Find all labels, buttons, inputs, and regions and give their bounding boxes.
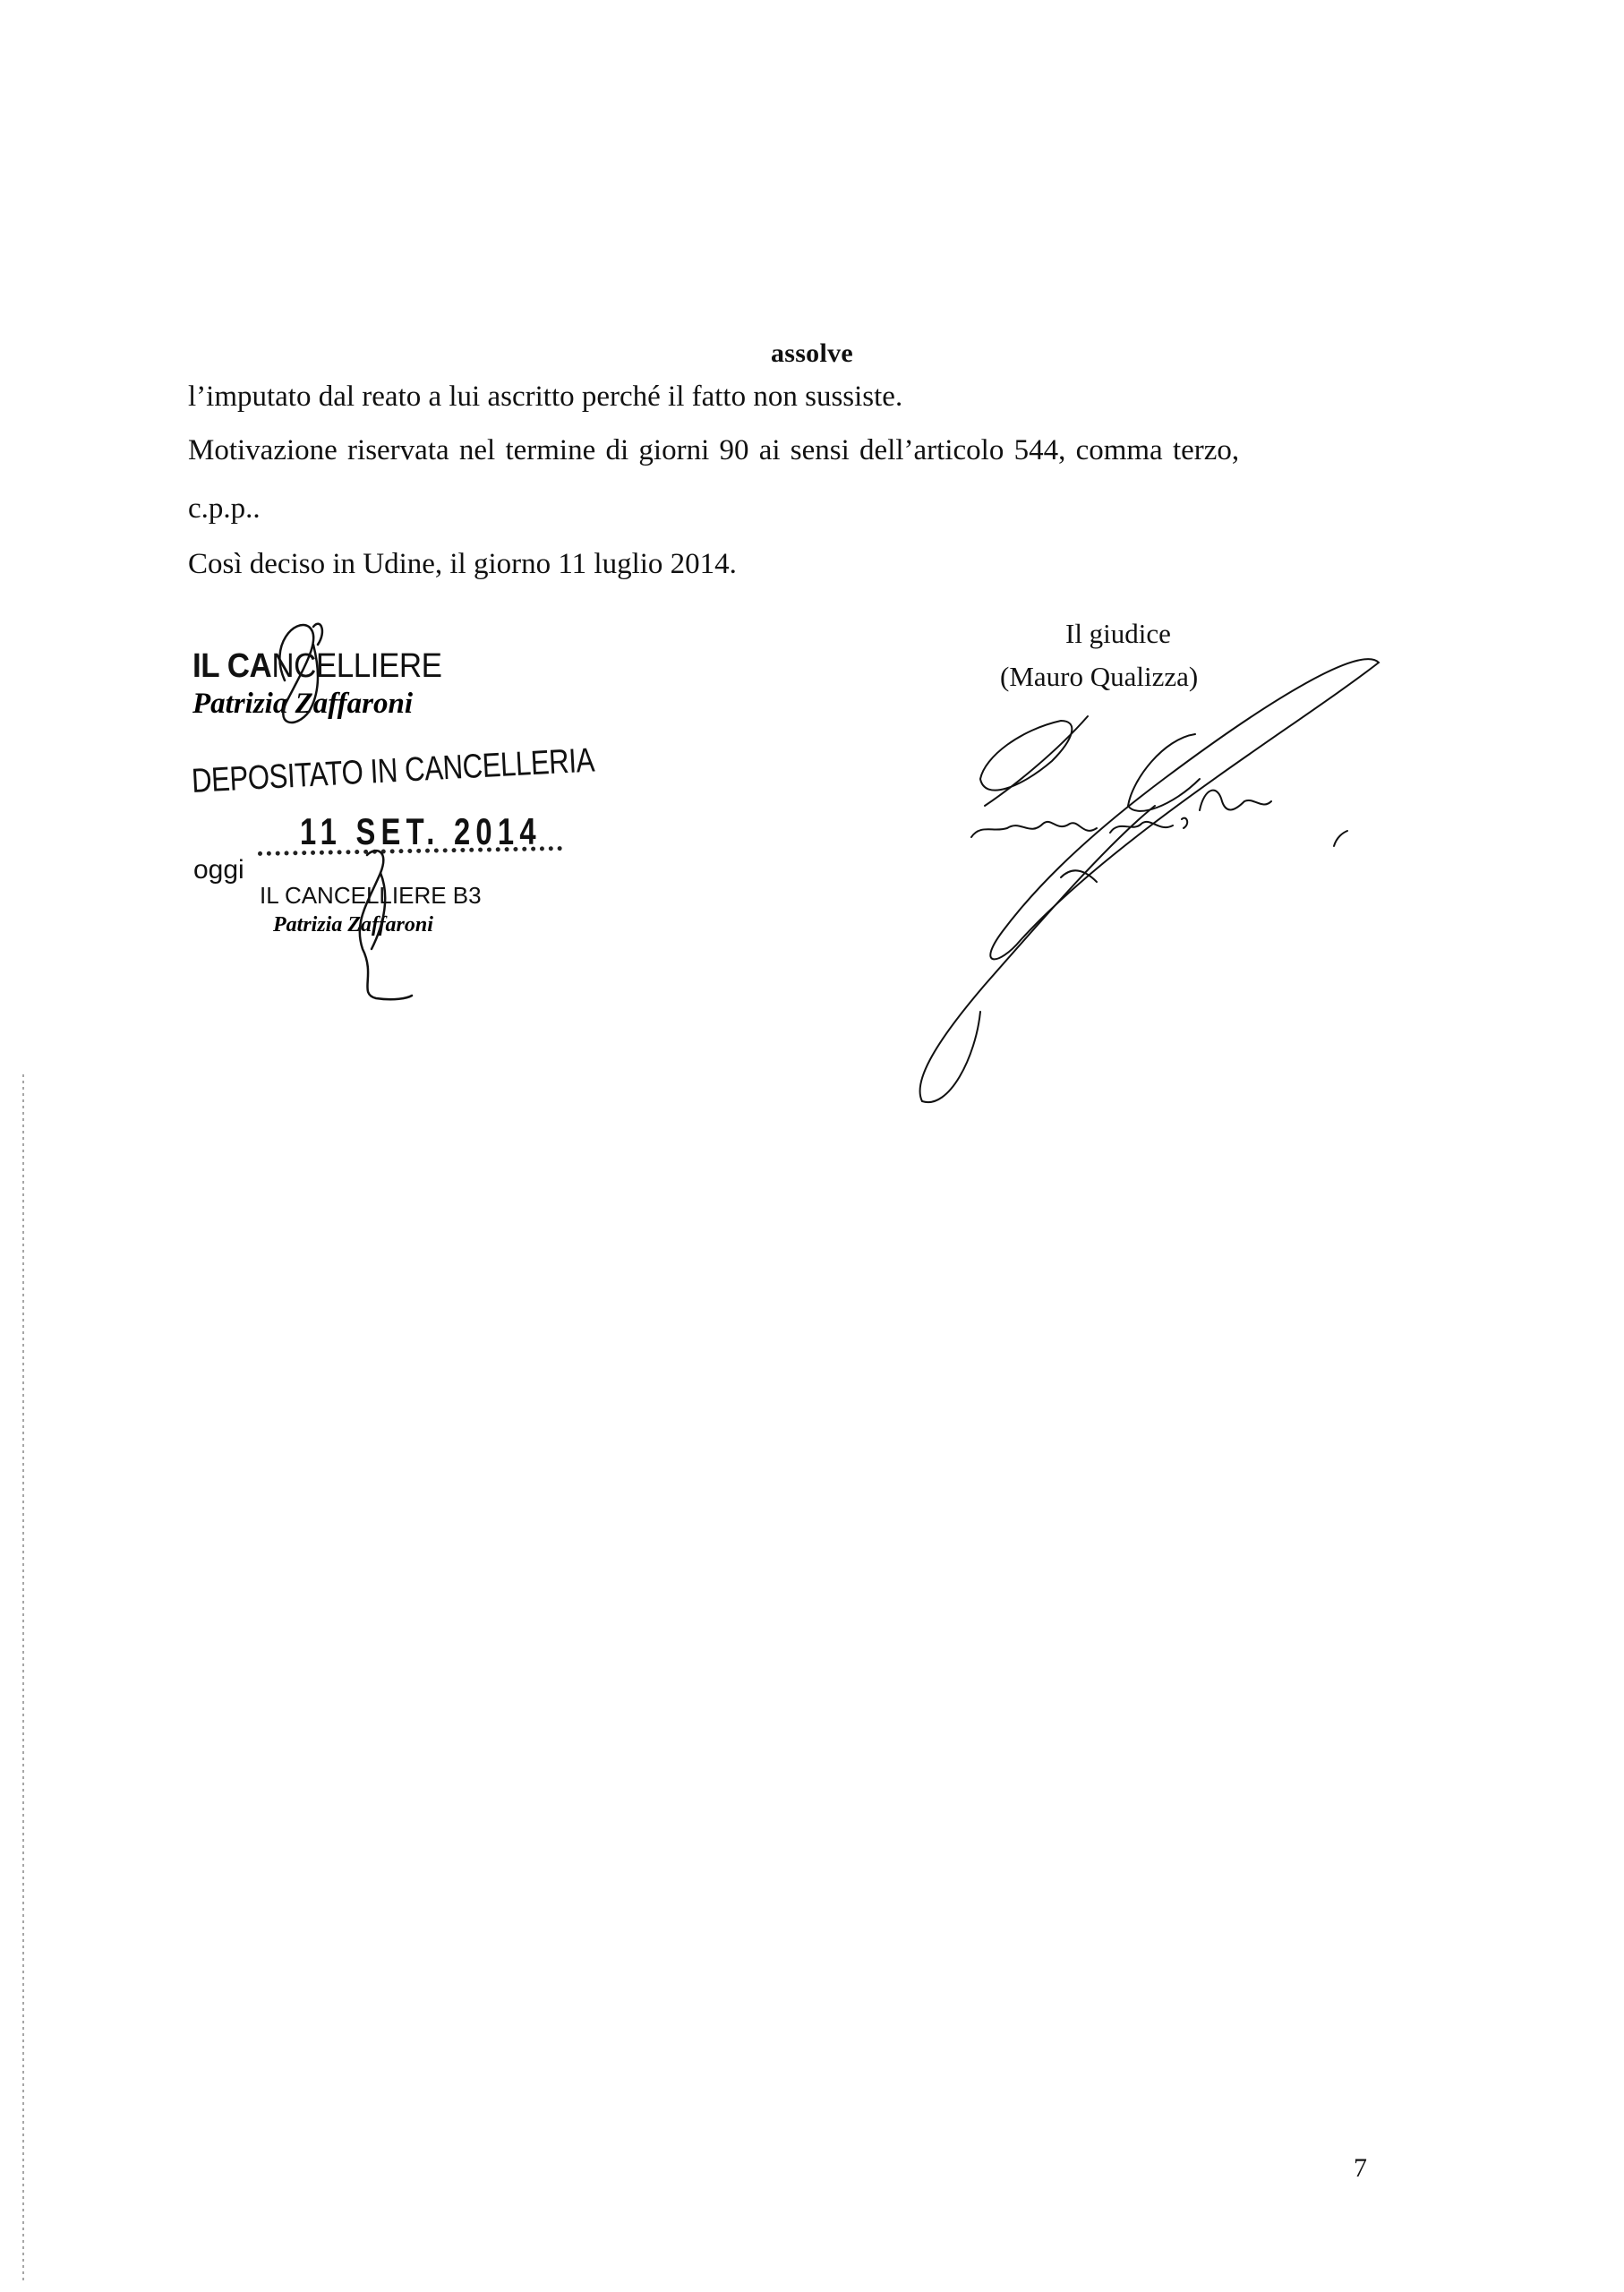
verdict-heading: assolve xyxy=(0,338,1624,369)
deposit-stamp-oggi-label: oggi xyxy=(193,855,244,885)
judge-name: (Mauro Qualizza) xyxy=(1000,661,1198,693)
deposit-stamp-clerk-name: Patrizia Zaffaroni xyxy=(273,913,433,937)
page-number: 7 xyxy=(1354,2153,1367,2184)
judge-signature xyxy=(920,659,1379,1102)
clerk-stamp-title: IL CANCELLIERE xyxy=(192,647,442,686)
body-line-code-reference: c.p.p.. xyxy=(188,492,261,526)
clerk-stamp-title-part2: NCELLIERE xyxy=(271,647,441,685)
body-line-decision-date: Così deciso in Udine, il giorno 11 lugli… xyxy=(188,548,737,581)
body-line-verdict: l’imputato dal reato a lui ascritto perc… xyxy=(188,381,902,414)
clerk-stamp-name: Patrizia Zaffaroni xyxy=(192,688,413,721)
body-line-motivation: Motivazione riservata nel termine di gio… xyxy=(188,434,1239,467)
deposit-stamp-title: DEPOSITATO IN CANCELLERIA xyxy=(191,741,595,801)
clerk-stamp-title-part1: IL CA xyxy=(192,647,271,685)
document-page: assolve l’imputato dal reato a lui ascri… xyxy=(0,0,1624,2292)
judge-title: Il giudice xyxy=(1065,618,1171,650)
deposit-stamp-clerk-title: IL CANCELLIERE B3 xyxy=(260,882,482,910)
scan-edge-artifact xyxy=(18,1074,29,2283)
